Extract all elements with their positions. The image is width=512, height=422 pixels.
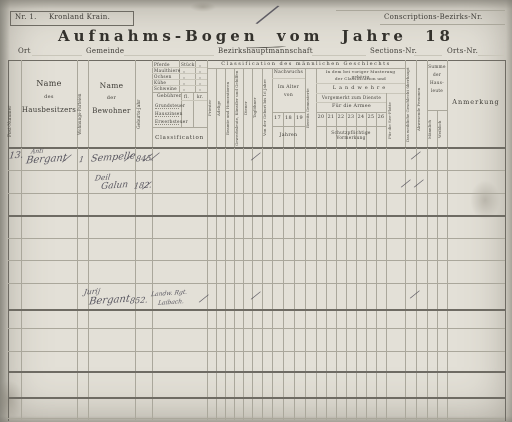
vorgemerkt-label: Vorgemerkt zum Dienste xyxy=(317,95,386,100)
scan-edge-top xyxy=(0,0,512,9)
age-20: 20 xyxy=(316,115,326,120)
blank-line xyxy=(32,55,82,56)
grid-line xyxy=(346,148,347,420)
column-header-post-number: Post-Nummer xyxy=(9,96,21,146)
grid-line xyxy=(152,73,207,74)
row-line xyxy=(8,170,505,171)
row-line xyxy=(8,283,505,284)
sheet-number: Nr. 1. xyxy=(15,13,37,21)
blank-line xyxy=(124,55,214,56)
grid-line xyxy=(88,148,89,420)
grid-line xyxy=(243,148,244,420)
grid-line xyxy=(152,85,207,86)
header-bottom-rule xyxy=(8,147,505,149)
grid-line xyxy=(225,148,226,420)
grid-line xyxy=(366,148,367,420)
birth-to-16-column: Von der Geburt bis 16 Jahre xyxy=(263,70,271,146)
form-title: Aufnahms-Bogen vom Jahre 18 xyxy=(0,27,512,45)
column-header-inhabitant-3: Bewohner xyxy=(88,107,135,115)
grid-line xyxy=(234,148,235,420)
jahren-label: Jahren xyxy=(272,133,305,138)
grid-line xyxy=(181,100,207,101)
grid-line xyxy=(316,126,386,127)
male-group-column: Taglöhner xyxy=(253,70,261,146)
conscription-district-label: Conscriptions-Bezirks-Nr. xyxy=(384,13,483,21)
bezirkshauptmannschaft-label: Bezirkshauptmannschaft xyxy=(218,47,313,55)
grid-line xyxy=(316,83,405,84)
column-header-inhabitant-2: der xyxy=(88,95,135,101)
sheet-number-box: Nr. 1. Kronland Krain. xyxy=(10,11,134,26)
grid-line xyxy=(207,148,208,420)
grid-line xyxy=(316,102,386,103)
classification-column-label: Classification xyxy=(152,135,207,141)
row-line xyxy=(8,238,505,239)
grid-line xyxy=(272,112,305,113)
row-line xyxy=(8,260,505,261)
grid-line xyxy=(356,148,357,420)
grid-line xyxy=(216,148,217,420)
age-24: 24 xyxy=(356,115,366,120)
male-classification-title: Classification des männlichen Geschlecht… xyxy=(207,61,405,67)
grid-line xyxy=(305,148,306,420)
age-17: 17 xyxy=(272,115,283,121)
handwritten-inhabitant-name: Galun xyxy=(100,180,128,192)
ort-label: Ort xyxy=(18,47,31,55)
gebuehren-row: Hauszinsen xyxy=(155,111,179,117)
male-group-column: Adelige xyxy=(217,70,225,146)
landwehr-title: Landwehre xyxy=(317,85,404,91)
grid-line xyxy=(316,93,405,94)
grid-line xyxy=(152,127,207,128)
row-line xyxy=(8,351,505,352)
gebuehren-row: Grundsteuer xyxy=(155,103,179,109)
age-18: 18 xyxy=(283,115,294,121)
grid-line xyxy=(386,148,387,420)
male-group-column: Priester xyxy=(208,70,216,146)
male-group-column: Diener xyxy=(244,70,252,146)
summe-title-1: Summe xyxy=(427,64,447,69)
row-line-heavy xyxy=(8,215,505,217)
grid-line xyxy=(88,60,89,148)
grid-line xyxy=(405,148,406,420)
gebuehren-title: Gebühren xyxy=(157,94,182,99)
age-21: 21 xyxy=(326,115,336,120)
grid-line xyxy=(326,148,327,420)
row-line xyxy=(8,193,505,194)
age-22: 22 xyxy=(336,115,346,120)
kronland-label: Kronland Krain. xyxy=(49,13,110,21)
header-rule xyxy=(336,10,505,11)
male-group-column: Gewerbsleute, Künstler und Gehilfen xyxy=(235,70,243,146)
grid-line xyxy=(336,148,337,420)
viehstand-row: Schweine xyxy=(154,86,177,91)
nachwuchs-age-label: Im Alter von xyxy=(273,84,304,100)
see-flotte-column: Für die See-Flotte xyxy=(388,96,404,146)
grid-line xyxy=(262,148,263,420)
summe-title-4: leute xyxy=(427,88,447,93)
age-26: 26 xyxy=(376,115,386,120)
viehstand-ditto: „ xyxy=(199,86,201,91)
conscription-underline xyxy=(380,24,505,25)
row-line-heavy xyxy=(8,397,505,399)
summe-title-2: der xyxy=(427,72,447,77)
female-sex-column: Das weibliche Geschlecht überhaupt xyxy=(406,64,415,146)
handwritten-birth-year: 852. xyxy=(129,295,148,305)
gemeinde-label: Gemeinde xyxy=(86,47,124,55)
row-line xyxy=(8,328,505,329)
column-header-birth-year: Geburts-Jahr xyxy=(138,88,149,140)
summe-title-3: Haus- xyxy=(427,80,447,85)
scanned-census-form: Nr. 1. Kronland Krain. Conscriptions-Bez… xyxy=(0,0,512,422)
grid-line xyxy=(179,60,180,92)
column-header-dwelling-parties: Wohnungs-Parteien xyxy=(78,84,88,144)
kr-label: kr. xyxy=(197,94,203,99)
grid-line xyxy=(316,148,317,420)
grid-line xyxy=(437,148,438,420)
blank-line xyxy=(478,55,504,56)
grid-line xyxy=(152,148,153,420)
grid-line xyxy=(193,92,194,127)
male-group-column: Beamte und Honoratioren xyxy=(226,70,234,146)
grid-line xyxy=(195,60,196,92)
column-header-owner-2: des xyxy=(21,94,77,100)
column-header-owner-3: Hausbesitzers xyxy=(21,106,77,114)
nachwuchs-title: Nachwuchs xyxy=(272,70,305,75)
grid-line xyxy=(427,148,428,420)
blank-line xyxy=(414,55,442,56)
paper-stain xyxy=(190,2,216,12)
row-line-heavy xyxy=(8,309,505,311)
summe-male-column: Männlich xyxy=(428,113,436,146)
grid-line xyxy=(294,148,295,420)
grid-line xyxy=(272,148,273,420)
grid-line xyxy=(152,79,207,80)
blank-line xyxy=(312,55,366,56)
column-header-owner-1: Name xyxy=(21,79,77,88)
grid-line xyxy=(272,78,305,79)
fl-label: fl. xyxy=(184,94,189,99)
handwritten-post-number: 13. xyxy=(8,150,24,161)
age-19: 19 xyxy=(294,115,305,121)
grid-line xyxy=(152,67,207,68)
grid-line xyxy=(21,148,22,420)
gebuehren-row: Erwerbsteuer xyxy=(155,119,179,125)
grid-line xyxy=(152,92,207,93)
landwehr-intro-2: der Classification und xyxy=(317,76,404,81)
grid-line xyxy=(447,148,448,420)
age-23: 23 xyxy=(346,115,356,120)
fuer-die-armee-label: Für die Armee xyxy=(317,104,386,109)
summe-female-column: Weiblich xyxy=(438,113,446,146)
mustered-column: Bereits Gemusterte xyxy=(306,70,315,146)
sections-nr-label: Sections-Nr. xyxy=(370,47,417,55)
grid-line xyxy=(376,148,377,420)
grid-line xyxy=(252,148,253,420)
orts-nr-label: Orts-Nr. xyxy=(447,47,478,55)
viehstand-ditto: „ xyxy=(183,86,185,91)
grid-line xyxy=(283,148,284,420)
age-25: 25 xyxy=(366,115,376,120)
scan-edge-right xyxy=(506,0,512,422)
grid-line xyxy=(272,126,305,127)
remarks-column-header: Anmerkung xyxy=(447,98,505,106)
row-line-heavy xyxy=(8,371,505,373)
grid-line xyxy=(21,60,22,148)
grid-line xyxy=(135,60,136,148)
schutzpflichtige-label: Schutzpflichtige Vormerkung xyxy=(318,130,384,140)
grid-line xyxy=(77,148,78,420)
row-line xyxy=(8,418,505,419)
absent-persons-column: Abwesende Personen xyxy=(417,72,426,146)
column-header-inhabitant-1: Name xyxy=(88,81,135,90)
